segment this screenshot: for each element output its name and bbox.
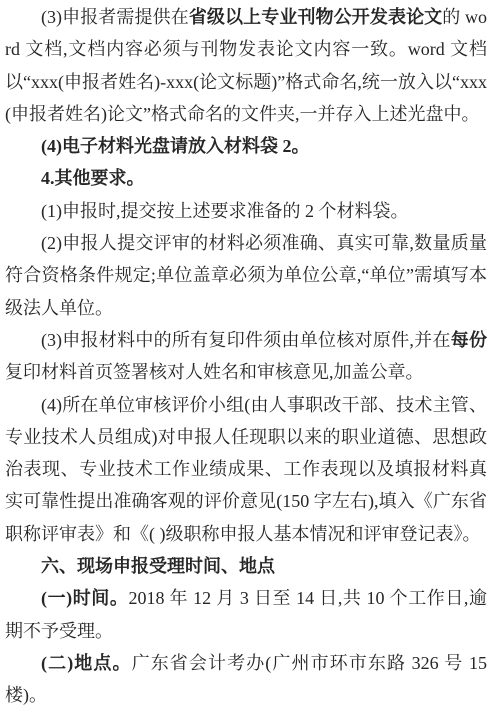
text-run: (4)所在单位审核评价小组(由人事职改干部、技术主管、专业技术人员组成)对申报人… xyxy=(5,395,487,544)
bold-text-run-time-label: (一)时间。 xyxy=(41,588,128,608)
text-run: 复印材料首页签署核对人姓名和审核意见,加盖公章。 xyxy=(5,362,424,382)
paragraph-item4-evaluation-group: (4)所在单位审核评价小组(由人事职改干部、技术主管、专业技术人员组成)对申报人… xyxy=(5,389,487,550)
paragraph-time: (一)时间。2018 年 12 月 3 日至 14 日,共 10 个工作日,逾期… xyxy=(5,582,487,647)
section-heading-onsite-application-time-place: 六、现场申报受理时间、地点 xyxy=(5,550,487,582)
subsection-heading-other-requirements: 4.其他要求。 xyxy=(5,162,487,194)
bold-text-run: (4)电子材料光盘请放入材料袋 2。 xyxy=(41,136,310,156)
text-run: (3)申报材料中的所有复印件须由单位核对原件,并在 xyxy=(41,330,451,350)
paragraph-item4-cd-into-bag2: (4)电子材料光盘请放入材料袋 2。 xyxy=(5,130,487,162)
paragraph-item2-material-accuracy: (2)申报人提交评审的材料必须准确、真实可靠,数量质量符合资格条件规定;单位盖章… xyxy=(5,227,487,324)
bold-text-run-every-copy: 每份 xyxy=(451,330,487,350)
text-run: (2)申报人提交评审的材料必须准确、真实可靠,数量质量符合资格条件规定;单位盖章… xyxy=(5,233,487,318)
paragraph-item3-copies-verification: (3)申报材料中的所有复印件须由单位核对原件,并在每份复印材料首页签署核对人姓名… xyxy=(5,324,487,389)
paragraph-item1-submit-two-bags: (1)申报时,提交按上述要求准备的 2 个材料袋。 xyxy=(5,195,487,227)
paragraph-place: (二)地点。广东省会计考办(广州市环市东路 326 号 15 楼)。 xyxy=(5,647,487,705)
bold-text-run: 4.其他要求。 xyxy=(41,168,145,188)
heading-text: 六、现场申报受理时间、地点 xyxy=(41,556,275,576)
bold-text-run-place-label: (二)地点。 xyxy=(41,653,132,673)
text-run: (1)申报时,提交按上述要求准备的 2 个材料袋。 xyxy=(41,201,409,221)
document-page: (3)申报者需提供在省级以上专业刊物公开发表论文的 word 文档,文档内容必须… xyxy=(0,0,491,705)
bold-text-run-publication-requirement: 省级以上专业刊物公开发表论文 xyxy=(189,7,442,27)
text-run: (3)申报者需提供在 xyxy=(41,7,189,27)
paragraph-item3-word-doc-requirement: (3)申报者需提供在省级以上专业刊物公开发表论文的 word 文档,文档内容必须… xyxy=(5,1,487,130)
